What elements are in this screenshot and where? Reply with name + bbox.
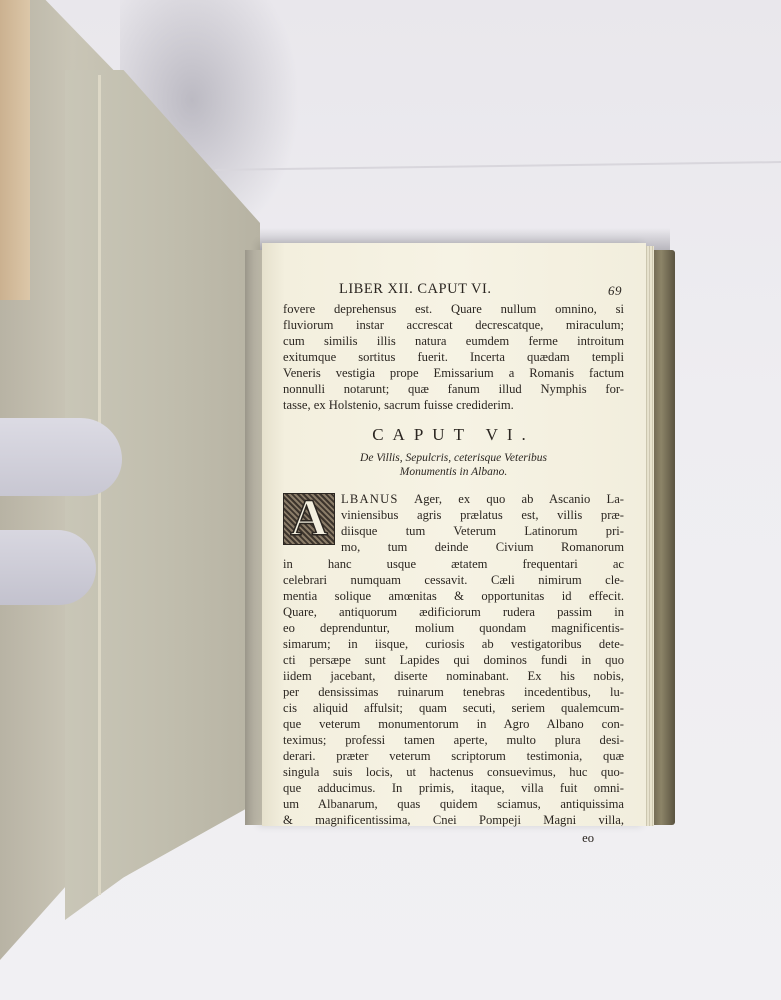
text-line: simarum; in iisque, curiosis ab vestigat… <box>283 636 624 652</box>
text-line: que adducimus. In primis, itaque, villa … <box>283 780 624 796</box>
book-cover-edge <box>652 250 675 825</box>
drop-cap-letter: A <box>284 490 334 548</box>
text-line: iidem jacebant, diserte nominabant. Ex h… <box>283 668 624 684</box>
chapter-subtitle-line: Monumentis in Albano. <box>283 465 624 479</box>
text-line: in hanc usque ætatem frequentari ac <box>283 556 624 572</box>
left-endpaper <box>0 0 30 300</box>
catchword: eo <box>283 830 624 846</box>
first-word-smallcaps: LBANUS <box>341 492 399 506</box>
text-line: teximus; professi tamen aperte, multo pl… <box>283 732 624 748</box>
text-line: que veterum monumentorum in Agro Albano … <box>283 716 624 732</box>
text-line: eo deprenduntur, molium quondam magnific… <box>283 620 624 636</box>
opening-paragraph: fovere deprehensus est. Quare nullum omn… <box>283 301 624 413</box>
text-line: cum similis illis natura eumdem ferme in… <box>283 333 624 349</box>
chapter-subtitle-line: De Villis, Sepulcris, ceterisque Veterib… <box>283 451 624 465</box>
page-number: 69 <box>608 283 622 299</box>
text-line: exitumque sortitus fuerit. Incerta quæda… <box>283 349 624 365</box>
text-line: Quare, antiquorum ædificiorum rudera pas… <box>283 604 624 620</box>
text-line: cti persæpe sunt Lapides qui dominos fun… <box>283 652 624 668</box>
text-line: fovere deprehensus est. Quare nullum omn… <box>283 301 624 317</box>
text-line: per densissimas ruinarum tenebras incede… <box>283 684 624 700</box>
text-line: & magnificentissima, Cnei Pompeji Magni … <box>283 812 624 828</box>
chapter-subtitle: De Villis, Sepulcris, ceterisque Veterib… <box>283 451 624 479</box>
glove-finger-upper <box>0 418 122 496</box>
text-line: cis aliquid affulsit; quam secuti, serie… <box>283 700 624 716</box>
glove-finger-lower <box>0 530 96 605</box>
running-head: LIBER XII. CAPUT VI. 69 <box>283 281 624 301</box>
chapter-heading: CAPUT VI. <box>283 425 624 445</box>
text-line: tasse, ex Holstenio, sacrum fuisse credi… <box>283 397 624 413</box>
text-line: derari. præter veterum scriptorum testim… <box>283 748 624 764</box>
text-line: fluviorum instar accrescat decrescatque,… <box>283 317 624 333</box>
running-head-title: LIBER XII. CAPUT VI. <box>339 281 491 298</box>
text-line: celebrari numquam cessavit. Cæli nimirum… <box>283 572 624 588</box>
right-page: LIBER XII. CAPUT VI. 69 fovere deprehens… <box>262 243 646 826</box>
chapter-body: A LBANUS Ager, ex quo ab Ascanio La- vin… <box>283 491 624 846</box>
text-line: singula suis locis, ut hactenus consuevi… <box>283 764 624 780</box>
text-line: nonnulli notarunt; quæ fanum illud Nymph… <box>283 381 624 397</box>
text-line: mentia solique amœnitas & opportunitas i… <box>283 588 624 604</box>
text-line: Veneris vestigia prope Emissarium a Roma… <box>283 365 624 381</box>
text-column: LIBER XII. CAPUT VI. 69 fovere deprehens… <box>283 281 624 846</box>
ornamental-drop-cap: A <box>283 493 335 545</box>
gloved-hand <box>0 410 125 610</box>
text-line: um Albanarum, quas quidem sciamus, antiq… <box>283 796 624 812</box>
